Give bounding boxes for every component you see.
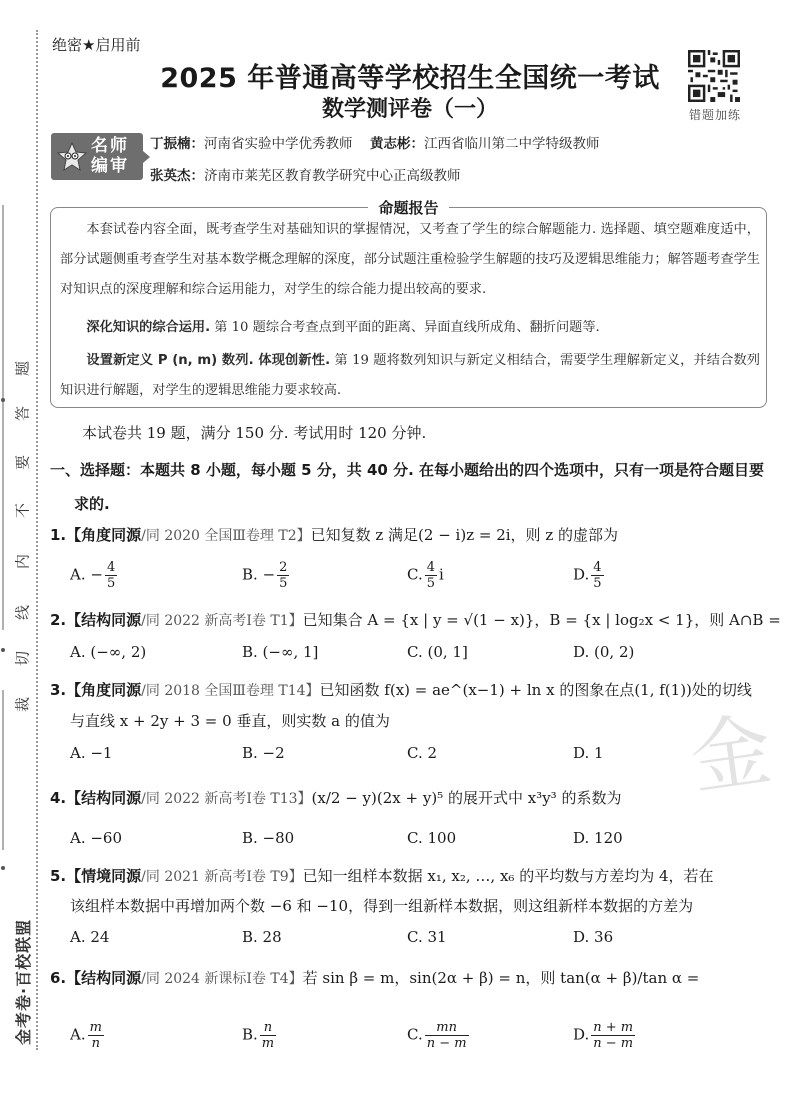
binding-margin: 题 答 要 不 内 线 切 裁 金考卷·百校联盟 <box>0 0 38 1106</box>
reviewer-badge: 名师 编审 <box>51 133 143 180</box>
option-c[interactable]: C. 31 <box>407 928 447 946</box>
option-b[interactable]: B.nm <box>242 1020 278 1051</box>
option-b[interactable]: B. −2 <box>242 744 285 762</box>
cut-line <box>36 30 38 1050</box>
option-d[interactable]: D.45 <box>573 560 606 591</box>
reviewer-entry: 黄志彬：江西省临川第二中学特级教师 <box>370 132 600 152</box>
report-paragraph: 本套试卷内容全面，既考查学生对基础知识的掌握情况，又考查了学生的综合解题能力. … <box>60 215 760 305</box>
option-d[interactable]: D. 36 <box>573 928 613 946</box>
cut-notice-char: 不 <box>12 501 33 521</box>
cut-notice-char: 内 <box>12 552 33 572</box>
option-a[interactable]: A. 24 <box>70 928 109 946</box>
option-c[interactable]: C. 100 <box>407 829 456 847</box>
question-5: 5.【情境同源/同 2021 新高考Ⅰ卷 T9】已知一组样本数据 x₁, x₂,… <box>50 865 714 886</box>
question-3-continued: 与直线 x + 2y + 3 = 0 垂直，则实数 a 的值为 <box>70 710 390 731</box>
option-a[interactable]: A. (−∞, 2) <box>70 643 146 661</box>
margin-fill-line <box>2 690 4 850</box>
cut-notice-char: 题 <box>12 359 33 379</box>
option-d[interactable]: D. 120 <box>573 829 623 847</box>
option-b[interactable]: B. 28 <box>242 928 282 946</box>
qr-code-icon[interactable] <box>688 50 740 102</box>
reviewer-entry: 张英杰：济南市莱芜区教育教学研究中心正高级教师 <box>150 164 461 184</box>
exam-intro: 本试卷共 19 题，满分 150 分. 考试用时 120 分钟. <box>82 422 426 443</box>
option-b[interactable]: B. (−∞, 1] <box>242 643 318 661</box>
cut-notice-char: 线 <box>12 603 33 623</box>
question-3: 3.【角度同源/同 2018 全国Ⅲ卷理 T14】已知函数 f(x) = ae^… <box>50 679 752 700</box>
option-a[interactable]: A.mn <box>70 1020 106 1051</box>
option-c[interactable]: C. (0, 1] <box>407 643 468 661</box>
option-a[interactable]: A. −45 <box>70 560 119 591</box>
margin-fill-line <box>2 430 4 630</box>
watermark: 金 <box>682 685 777 810</box>
secret-label: 绝密★启用前 <box>52 34 140 55</box>
question-5-continued: 该组样本数据中再增加两个数 −6 和 −10，得到一组新样本数据，则这组新样本数… <box>70 895 693 916</box>
cut-notice-char: 切 <box>12 649 33 669</box>
report-paragraph: 深化知识的综合运用. 第 10 题综合考查点到平面的距离、异面直线所成角、翻折问… <box>60 313 760 343</box>
badge-label: 名师 编审 <box>91 136 141 176</box>
question-4: 4.【结构同源/同 2022 新高考Ⅰ卷 T13】(x/2 − y)(2x + … <box>50 787 621 808</box>
reviewer-entry: 丁振楠：河南省实验中学优秀教师 <box>150 132 353 152</box>
question-2: 2.【结构同源/同 2022 新高考Ⅰ卷 T1】已知集合 A = {x | y … <box>50 609 781 630</box>
cut-notice-char: 裁 <box>12 695 33 715</box>
option-b[interactable]: B. −80 <box>242 829 294 847</box>
qr-label: 错题加练 <box>684 106 746 123</box>
report-paragraph: 设置新定义 P (n, m) 数列. 体现创新性. 第 19 题将数列知识与新定… <box>60 346 760 406</box>
cut-notice-char: 答 <box>12 404 33 424</box>
option-d[interactable]: D. 1 <box>573 744 604 762</box>
brand-vertical-text: 金考卷·百校联盟 <box>11 855 35 1045</box>
margin-dot <box>1 398 5 402</box>
option-d[interactable]: D. (0, 2) <box>573 643 634 661</box>
question-1: 1.【角度同源/同 2020 全国Ⅲ卷理 T2】已知复数 z 满足(2 − i)… <box>50 524 618 545</box>
margin-dot <box>1 866 5 870</box>
option-a[interactable]: A. −60 <box>70 829 122 847</box>
question-6: 6.【结构同源/同 2024 新课标Ⅰ卷 T4】若 sin β = m，sin(… <box>50 967 699 988</box>
cut-notice-char: 要 <box>12 453 33 473</box>
page-subtitle: 数学测评卷（一） <box>150 92 670 123</box>
option-b[interactable]: B. −25 <box>242 560 291 591</box>
option-c[interactable]: C. 2 <box>407 744 437 762</box>
option-a[interactable]: A. −1 <box>70 744 112 762</box>
star-mascot-icon <box>56 141 88 173</box>
section-heading: 一、选择题：本题共 8 小题，每小题 5 分，共 40 分. 在每小题给出的四个… <box>50 453 770 521</box>
margin-dot <box>1 648 5 652</box>
option-d[interactable]: D.n + mn − m <box>573 1020 637 1051</box>
option-c[interactable]: C.45i <box>407 560 444 591</box>
page-title: 2025 年普通高等学校招生全国统一考试 <box>150 56 670 95</box>
option-c[interactable]: C.mnn − m <box>407 1020 471 1051</box>
